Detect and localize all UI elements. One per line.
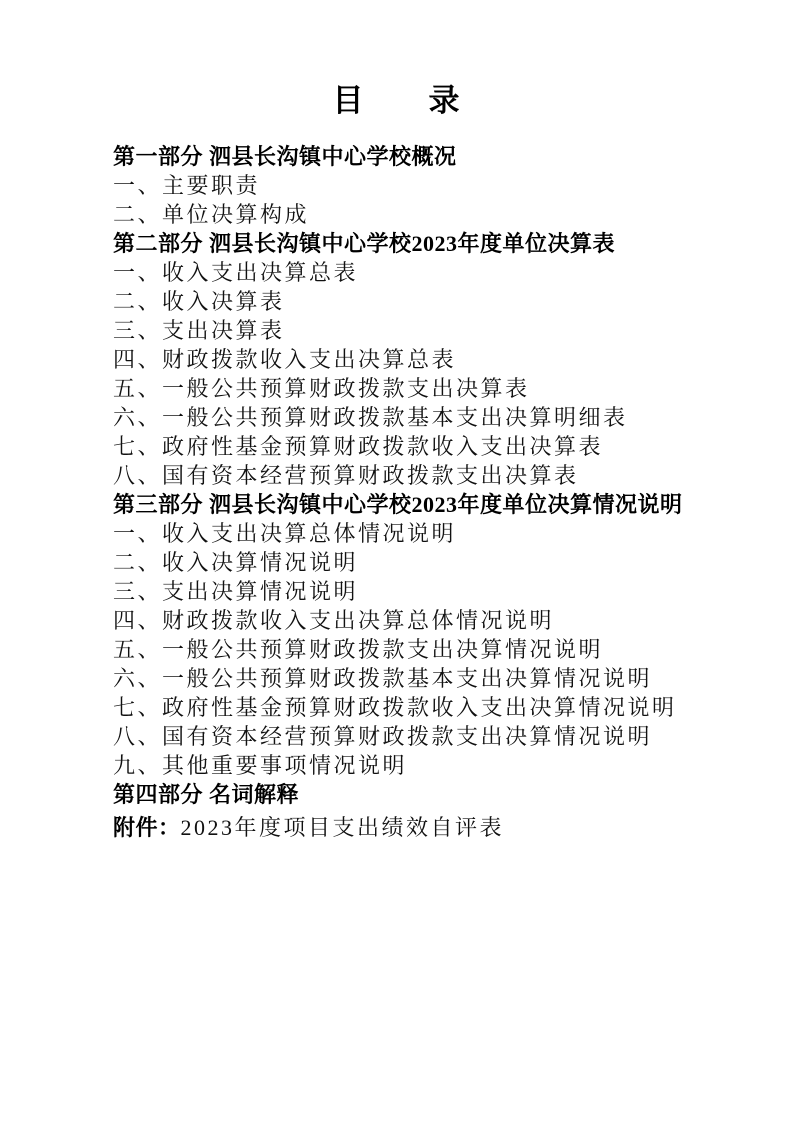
toc-item: 三、支出决算表 — [113, 316, 680, 345]
toc-item: 一、收入支出决算总体情况说明 — [113, 519, 680, 548]
toc-item: 四、财政拨款收入支出决算总体情况说明 — [113, 606, 680, 635]
toc-item: 四、财政拨款收入支出决算总表 — [113, 345, 680, 374]
toc-item: 七、政府性基金预算财政拨款收入支出决算情况说明 — [113, 693, 680, 722]
toc-item: 二、收入决算情况说明 — [113, 548, 680, 577]
toc-heading: 第二部分 泗县长沟镇中心学校2023年度单位决算表 — [113, 229, 680, 258]
toc-item: 一、主要职责 — [113, 171, 680, 200]
toc-item: 九、其他重要事项情况说明 — [113, 751, 680, 780]
toc-item: 五、一般公共预算财政拨款支出决算情况说明 — [113, 635, 680, 664]
toc-item: 一、收入支出决算总表 — [113, 258, 680, 287]
toc-heading: 第一部分 泗县长沟镇中心学校概况 — [113, 142, 680, 171]
toc-item: 六、一般公共预算财政拨款基本支出决算明细表 — [113, 403, 680, 432]
toc-list: 第一部分 泗县长沟镇中心学校概况一、主要职责二、单位决算构成第二部分 泗县长沟镇… — [113, 142, 680, 842]
toc-item: 八、国有资本经营预算财政拨款支出决算情况说明 — [113, 722, 680, 751]
attachment-label: 附件： — [113, 815, 181, 840]
toc-heading: 第三部分 泗县长沟镇中心学校2023年度单位决算情况说明 — [113, 490, 680, 519]
toc-item: 二、单位决算构成 — [113, 200, 680, 229]
page-title: 目 录 — [113, 83, 680, 119]
toc-item: 二、收入决算表 — [113, 287, 680, 316]
toc-item: 七、政府性基金预算财政拨款收入支出决算表 — [113, 432, 680, 461]
document-page: 目 录 第一部分 泗县长沟镇中心学校概况一、主要职责二、单位决算构成第二部分 泗… — [0, 0, 793, 1122]
toc-item: 八、国有资本经营预算财政拨款支出决算表 — [113, 461, 680, 490]
toc-item: 五、一般公共预算财政拨款支出决算表 — [113, 374, 680, 403]
toc-attachment: 附件：2023年度项目支出绩效自评表 — [113, 813, 680, 842]
toc-item: 六、一般公共预算财政拨款基本支出决算情况说明 — [113, 664, 680, 693]
toc-item: 三、支出决算情况说明 — [113, 577, 680, 606]
attachment-text: 2023年度项目支出绩效自评表 — [181, 815, 505, 840]
toc-heading: 第四部分 名词解释 — [113, 780, 680, 809]
